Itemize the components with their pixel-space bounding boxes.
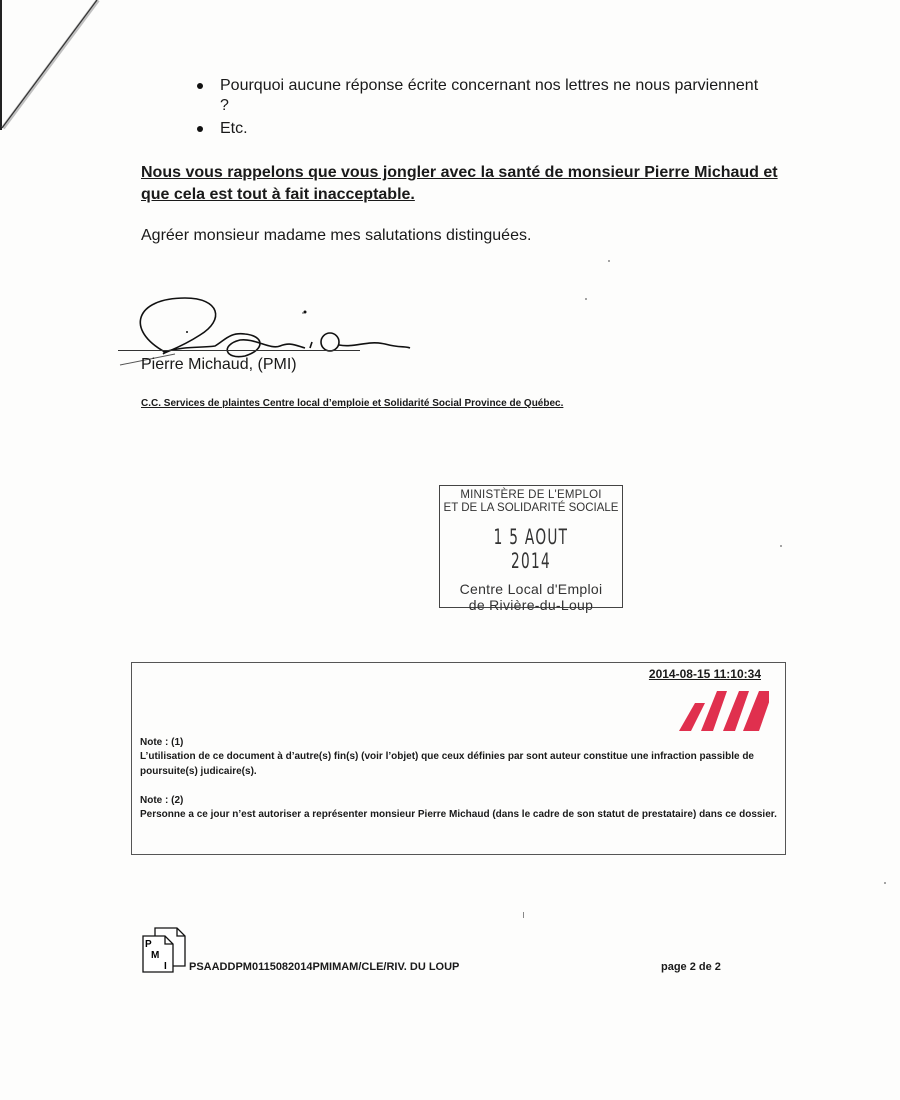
list-item: Pourquoi aucune réponse écrite concernan…: [190, 76, 790, 116]
notes-box: 2014-08-15 11:10:34 Note : (1) L’utilisa…: [131, 662, 786, 855]
scan-speck: [523, 912, 524, 918]
list-item: Etc.: [190, 119, 790, 139]
scan-speck: [608, 260, 610, 262]
reception-stamp: MINISTÈRE DE L'EMPLOI ET DE LA SOLIDARIT…: [439, 485, 623, 608]
scan-speck: [585, 298, 587, 300]
bullet-icon: [197, 83, 203, 89]
carbon-copy-line: C.C. Services de plaintes Centre local d…: [141, 398, 563, 409]
page-number: page 2 de 2: [661, 961, 721, 973]
bullet-icon: [197, 126, 203, 132]
scan-speck: [884, 882, 886, 884]
signer-name: Pierre Michaud, (PMI): [141, 356, 297, 374]
svg-text:M: M: [151, 950, 159, 961]
warning-paragraph: Nous vous rappelons que vous jongler ave…: [141, 162, 781, 206]
signature-line: [118, 350, 360, 351]
stamp-date: 1 5 AOUT 2014: [472, 525, 590, 573]
scan-speck: [302, 312, 304, 314]
bullet-list: Pourquoi aucune réponse écrite concernan…: [190, 76, 790, 139]
timestamp: 2014-08-15 11:10:34: [649, 667, 761, 681]
red-marker-mark: [677, 689, 769, 733]
svg-text:I: I: [164, 961, 167, 972]
note-1: Note : (1) L’utilisation de ce document …: [140, 737, 780, 779]
pmi-document-icon: P M I: [141, 926, 189, 974]
page-corner-fold: [0, 0, 110, 140]
note-2: Note : (2) Personne a ce jour n’est auto…: [140, 795, 780, 822]
document-reference: PSAADDPM0115082014PMIMAM/CLE/RIV. DU LOU…: [189, 961, 459, 973]
closing-salutation: Agréer monsieur madame mes salutations d…: [141, 227, 531, 245]
scan-speck: [780, 545, 782, 547]
svg-text:P: P: [145, 939, 152, 950]
